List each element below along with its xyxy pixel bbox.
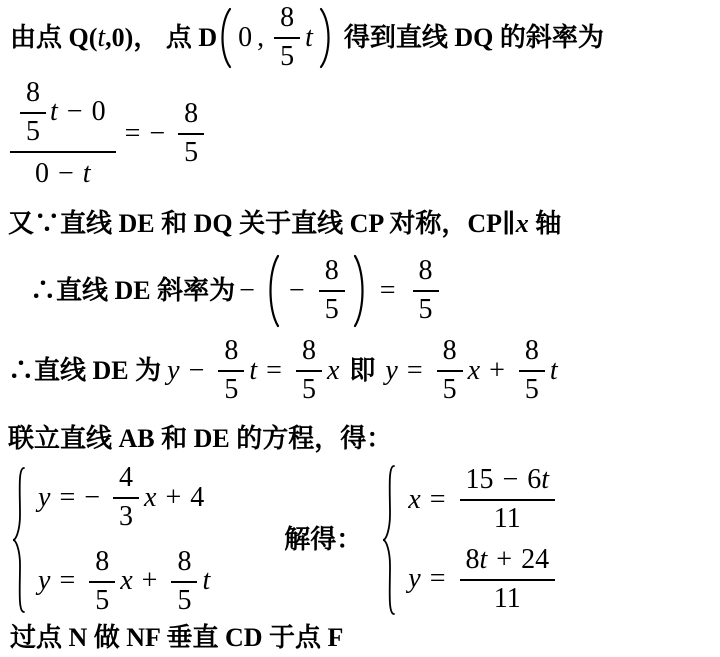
plus-sign: + [165, 483, 181, 514]
fraction-8-5: 8 5 [171, 547, 197, 617]
system-right: x = 15 − 6 t 11 y = 8 [408, 465, 560, 614]
paragraph-perpendicular-nf: 过点 N 做 NF 垂直 CD 于点 F [10, 622, 343, 654]
numerator: 8 [218, 336, 244, 372]
variable-x: x [516, 208, 529, 239]
denominator: 3 [113, 499, 139, 533]
equation-line-de: ∴直线 DE 为 y − 8 5 t = 8 5 x 即 y = 8 5 x +… [8, 338, 558, 404]
paragraph-points-definition: 由点 Q( t ,0) ， 点 D 0 , 8 5 t 得到直线 DQ 的斜率为 [10, 6, 604, 70]
numerator: 8 [437, 336, 463, 372]
variable-y: y [38, 566, 50, 597]
numerator: 8 t + 24 [460, 545, 556, 581]
variable-t: t [541, 465, 549, 496]
text-segment: 轴 [529, 208, 562, 239]
equation-systems: y = − 4 3 x + 4 y = 8 5 x + [10, 464, 560, 616]
variable-x: x [468, 356, 480, 387]
variable-x: x [408, 485, 420, 516]
fraction-8-5: 8 5 [178, 99, 204, 169]
big-right-paren [319, 7, 334, 69]
denominator: 5 [178, 135, 204, 169]
number-eight: 8 [466, 545, 480, 576]
variable-x: x [144, 483, 156, 514]
text-segment: 得到直线 DQ 的斜率为 [344, 22, 604, 53]
equals-sign: = [430, 564, 446, 595]
text-segment: 联立直线 AB 和 DE 的方程，得： [8, 423, 392, 454]
denominator: 5 [89, 583, 115, 617]
fraction-8-5: 8 5 [218, 336, 244, 406]
numerator: 4 [113, 463, 139, 499]
equation-slope-computation: 8 5 t − 0 0 − t = − 8 5 [10, 88, 209, 180]
numerator: 8 [20, 78, 46, 114]
minus-sign: − [67, 97, 83, 128]
paragraph-combine-equations: 联立直线 AB 和 DE 的方程，得： [8, 421, 392, 457]
big-right-paren [353, 254, 368, 328]
number-four: 4 [190, 483, 204, 514]
minus-sign: − [84, 483, 100, 514]
denominator: 5 [413, 292, 439, 326]
fraction-8-5: 8 5 [413, 256, 439, 326]
variable-t: t [249, 356, 257, 387]
number-zero: 0 [92, 97, 106, 128]
fraction-8-5: 8 5 [274, 3, 300, 73]
big-left-paren [265, 254, 280, 328]
numerator: 15 − 6 t [460, 465, 556, 501]
big-left-paren [217, 7, 232, 69]
numerator: 8 5 t − 0 [10, 78, 116, 154]
paragraph-symmetry-statement: 又∵直线 DE 和 DQ 关于直线 CP 对称，CP∥ x 轴 [8, 206, 561, 242]
document: 由点 Q( t ,0) ， 点 D 0 , 8 5 t 得到直线 DQ 的斜率为… [0, 0, 720, 657]
plus-sign: + [489, 356, 505, 387]
variable-y: y [38, 483, 50, 514]
variable-t: t [97, 23, 105, 54]
system-left-eq2: y = 8 5 x + 8 5 t [38, 547, 210, 617]
denominator: 5 [319, 292, 345, 326]
denominator: 5 [274, 39, 300, 73]
variable-t: t [83, 159, 91, 190]
numerator: 8 [274, 3, 300, 39]
big-left-brace [10, 466, 28, 614]
denominator: 11 [488, 501, 527, 535]
variable-t: t [305, 23, 313, 54]
denominator: 5 [218, 372, 244, 406]
text-segment: ,0) [105, 22, 133, 53]
comma: , [257, 23, 264, 54]
denominator: 0 − t [29, 153, 97, 190]
system-left: y = − 4 3 x + 4 y = 8 5 x + [38, 463, 210, 616]
numerator: 8 [171, 547, 197, 583]
numerator: 8 [296, 336, 322, 372]
minus-sign: − [239, 276, 255, 307]
minus-sign: − [149, 119, 165, 150]
denominator: 11 [488, 581, 527, 615]
variable-y: y [167, 356, 179, 387]
fraction-8-5: 8 5 [89, 547, 115, 617]
denominator: 5 [171, 583, 197, 617]
denominator: 5 [20, 114, 46, 148]
denominator: 5 [437, 372, 463, 406]
variable-x: x [120, 566, 132, 597]
numerator: 8 [178, 99, 204, 135]
text-segment: 即 [349, 355, 375, 386]
variable-x: x [327, 356, 339, 387]
number-six: 6 [527, 465, 541, 496]
minus-sign: − [58, 159, 74, 190]
text-segment: 又∵直线 DE 和 DQ 关于直线 CP 对称，CP∥ [8, 208, 516, 239]
text-segment: ， 点 D [133, 22, 217, 53]
system-left-eq1: y = − 4 3 x + 4 [38, 463, 210, 533]
equals-sign: = [266, 356, 282, 387]
number-zero: 0 [35, 159, 49, 190]
minus-sign: − [189, 356, 205, 387]
fraction-8-5: 8 5 [20, 78, 46, 148]
denominator: 5 [519, 372, 545, 406]
fraction-8-5: 8 5 [437, 336, 463, 406]
minus-sign: − [503, 465, 519, 496]
numerator: 8 [413, 256, 439, 292]
big-left-brace [380, 464, 398, 616]
equals-sign: = [380, 276, 396, 307]
text-segment: 由点 Q( [10, 22, 97, 53]
variable-y: y [385, 356, 397, 387]
solve-label: 解得： [284, 524, 362, 555]
text-segment: ∴直线 DE 斜率为 [30, 275, 235, 306]
numerator: 8 [319, 256, 345, 292]
minus-sign: − [289, 276, 305, 307]
plus-sign: + [142, 566, 158, 597]
variable-t: t [202, 566, 210, 597]
text-segment: ∴直线 DE 为 [8, 355, 161, 386]
denominator: 5 [296, 372, 322, 406]
variable-t: t [480, 545, 488, 576]
variable-y: y [408, 564, 420, 595]
equation-de-slope: ∴直线 DE 斜率为 − − 8 5 = 8 5 [30, 252, 444, 330]
numerator: 8 [519, 336, 545, 372]
system-right-eq2: y = 8 t + 24 11 [408, 545, 560, 615]
fraction-8t-24-over-11: 8 t + 24 11 [460, 545, 556, 615]
big-fraction: 8 5 t − 0 0 − t [10, 78, 116, 190]
fraction-15-6t-over-11: 15 − 6 t 11 [460, 465, 556, 535]
equals-sign: = [430, 485, 446, 516]
number-fifteen: 15 [466, 465, 494, 496]
text-segment: 过点 N 做 NF 垂直 CD 于点 F [10, 622, 343, 653]
equals-sign: = [59, 483, 75, 514]
fraction-8-5: 8 5 [319, 256, 345, 326]
variable-t: t [50, 97, 58, 128]
fraction-8-5: 8 5 [296, 336, 322, 406]
equals-sign: = [407, 356, 423, 387]
system-right-eq1: x = 15 − 6 t 11 [408, 465, 560, 535]
variable-t: t [550, 356, 558, 387]
number-twenty-four: 24 [521, 545, 549, 576]
numerator: 8 [89, 547, 115, 583]
fraction-8-5: 8 5 [519, 336, 545, 406]
fraction-4-3: 4 3 [113, 463, 139, 533]
equals-sign: = [125, 119, 141, 150]
coordinate-zero: 0 [238, 23, 252, 54]
equals-sign: = [59, 566, 75, 597]
plus-sign: + [496, 545, 512, 576]
